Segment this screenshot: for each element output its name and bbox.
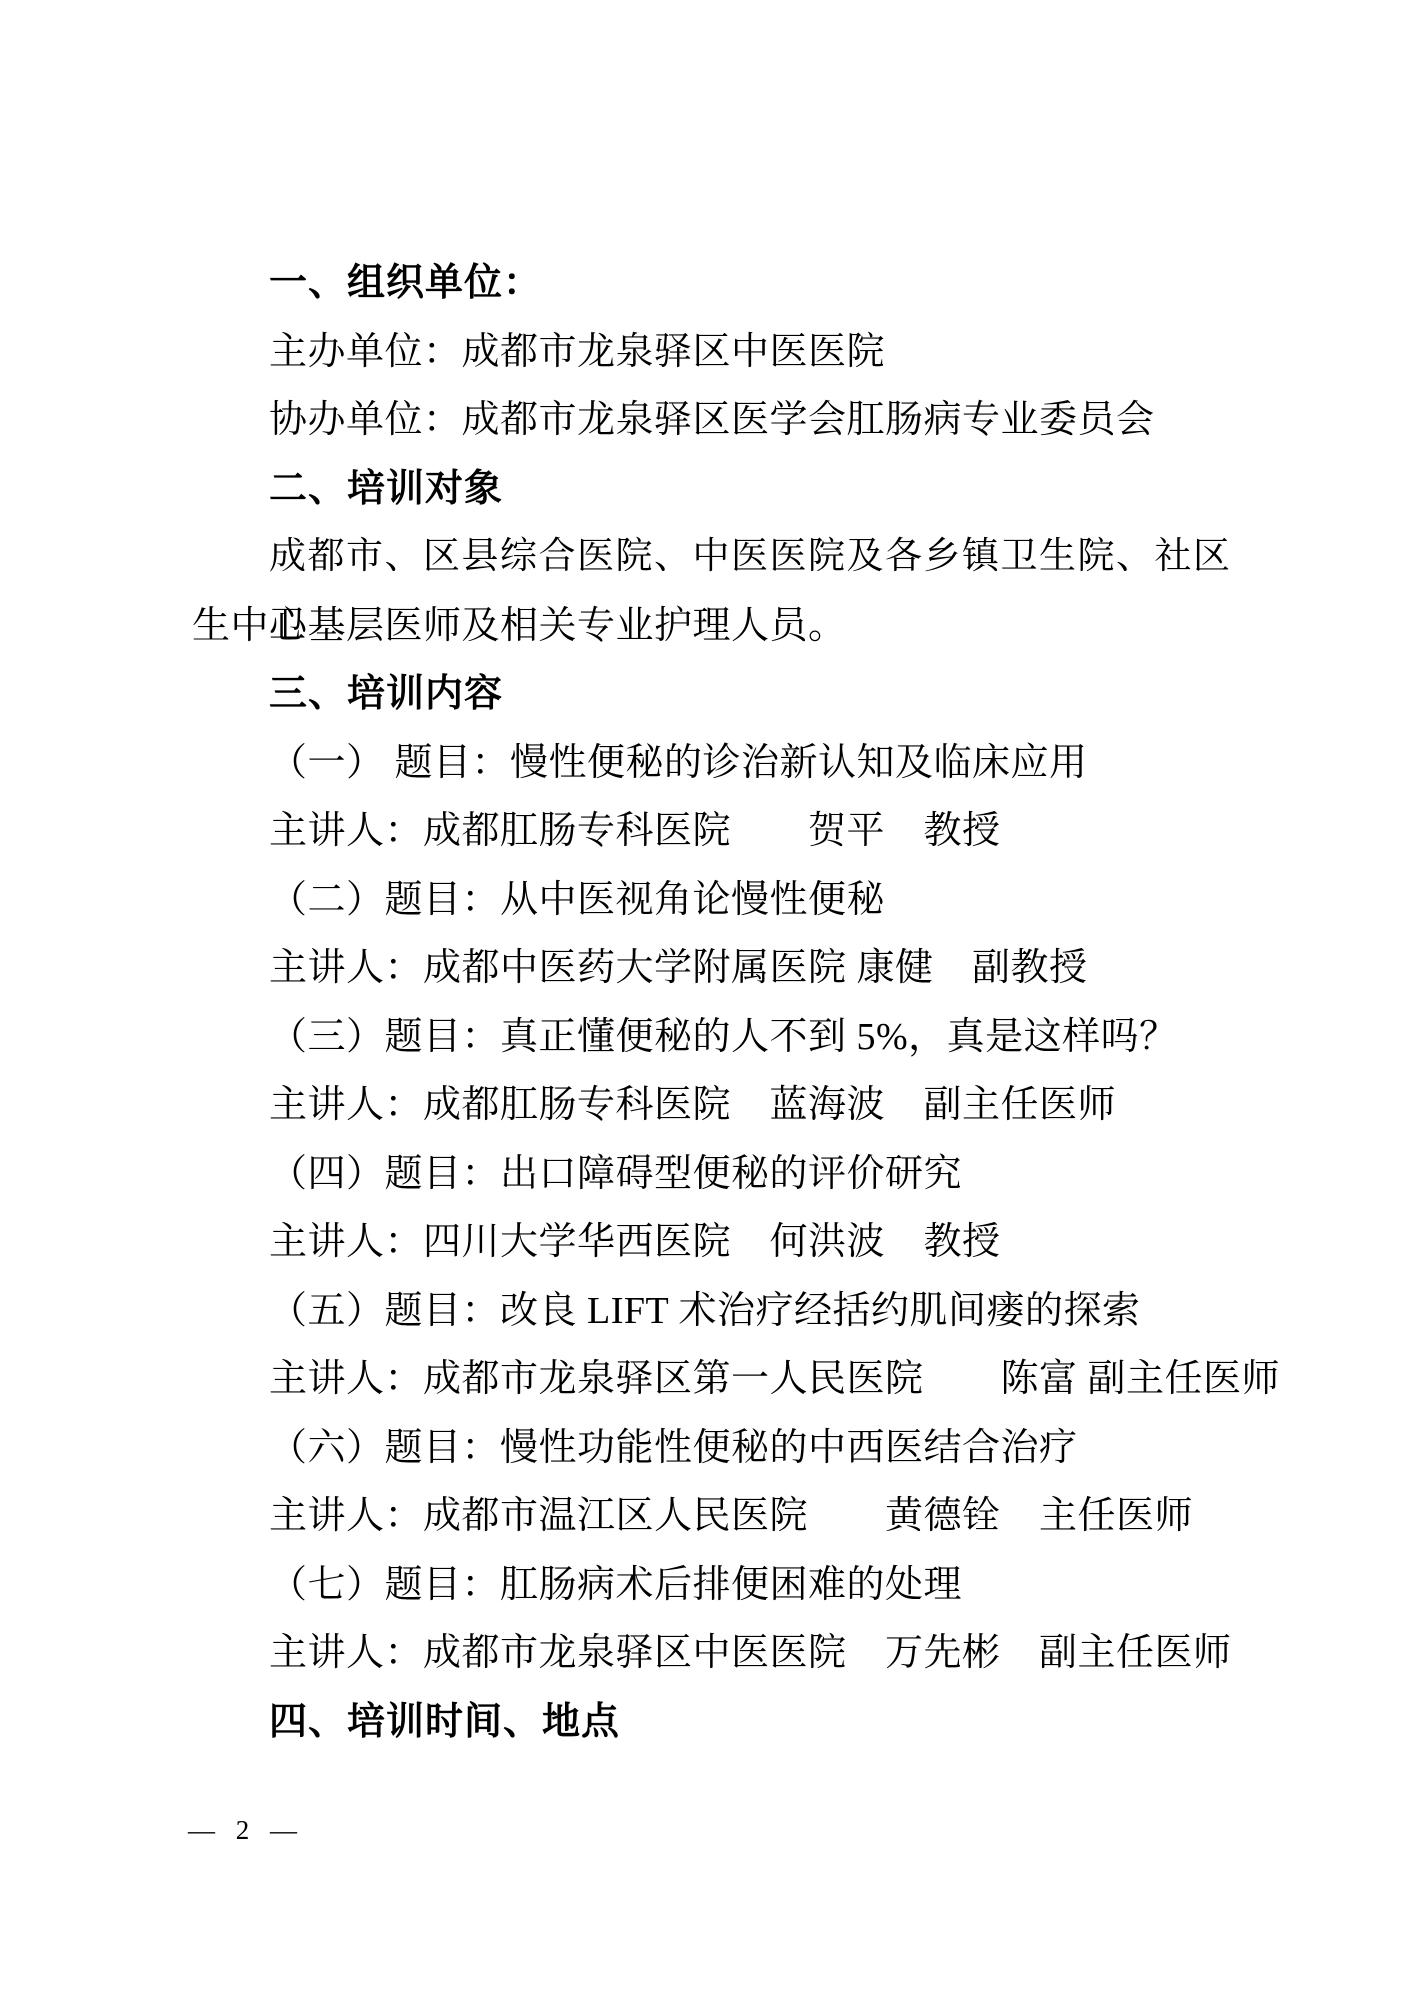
- section1-heading: 一、组织单位：: [192, 249, 1230, 318]
- topic-3-line: （三）题目：真正懂便秘的人不到 5%，真是这样吗？: [192, 1003, 1230, 1072]
- section2-heading: 二、培训对象: [192, 455, 1230, 524]
- speaker-4-line: 主讲人：四川大学华西医院 何洪波 教授: [192, 1208, 1230, 1277]
- audience-line-2: 生中心基层医师及相关专业护理人员。: [192, 592, 1230, 661]
- topic-2-line: （二）题目：从中医视角论慢性便秘: [192, 866, 1230, 935]
- speaker-7-line: 主讲人：成都市龙泉驿区中医医院 万先彬 副主任医师: [192, 1619, 1230, 1688]
- topic-1-line: （一） 题目：慢性便秘的诊治新认知及临床应用: [192, 729, 1230, 798]
- speaker-6-line: 主讲人：成都市温江区人民医院 黄德铨 主任医师: [192, 1482, 1230, 1551]
- document-content: 一、组织单位： 主办单位：成都市龙泉驿区中医医院 协办单位：成都市龙泉驿区医学会…: [192, 249, 1230, 1756]
- co-host-org-line: 协办单位：成都市龙泉驿区医学会肛肠病专业委员会: [192, 386, 1230, 455]
- section4-heading: 四、培训时间、地点: [192, 1688, 1230, 1757]
- audience-line-1: 成都市、区县综合医院、中医医院及各乡镇卫生院、社区卫: [192, 523, 1230, 592]
- section3-heading: 三、培训内容: [192, 660, 1230, 729]
- topic-7-line: （七）题目：肛肠病术后排便困难的处理: [192, 1551, 1230, 1620]
- page-number: — 2 —: [188, 1810, 304, 1850]
- speaker-5-line: 主讲人：成都市龙泉驿区第一人民医院 陈富 副主任医师: [192, 1345, 1230, 1414]
- speaker-3-line: 主讲人：成都肛肠专科医院 蓝海波 副主任医师: [192, 1071, 1230, 1140]
- speaker-1-line: 主讲人：成都肛肠专科医院 贺平 教授: [192, 797, 1230, 866]
- topic-4-line: （四）题目：出口障碍型便秘的评价研究: [192, 1140, 1230, 1209]
- host-org-line: 主办单位：成都市龙泉驿区中医医院: [192, 318, 1230, 387]
- topic-6-line: （六）题目：慢性功能性便秘的中西医结合治疗: [192, 1414, 1230, 1483]
- document-page: 一、组织单位： 主办单位：成都市龙泉驿区中医医院 协办单位：成都市龙泉驿区医学会…: [0, 0, 1414, 2000]
- topic-5-line: （五）题目：改良 LIFT 术治疗经括约肌间瘘的探索: [192, 1277, 1230, 1346]
- speaker-2-line: 主讲人：成都中医药大学附属医院 康健 副教授: [192, 934, 1230, 1003]
